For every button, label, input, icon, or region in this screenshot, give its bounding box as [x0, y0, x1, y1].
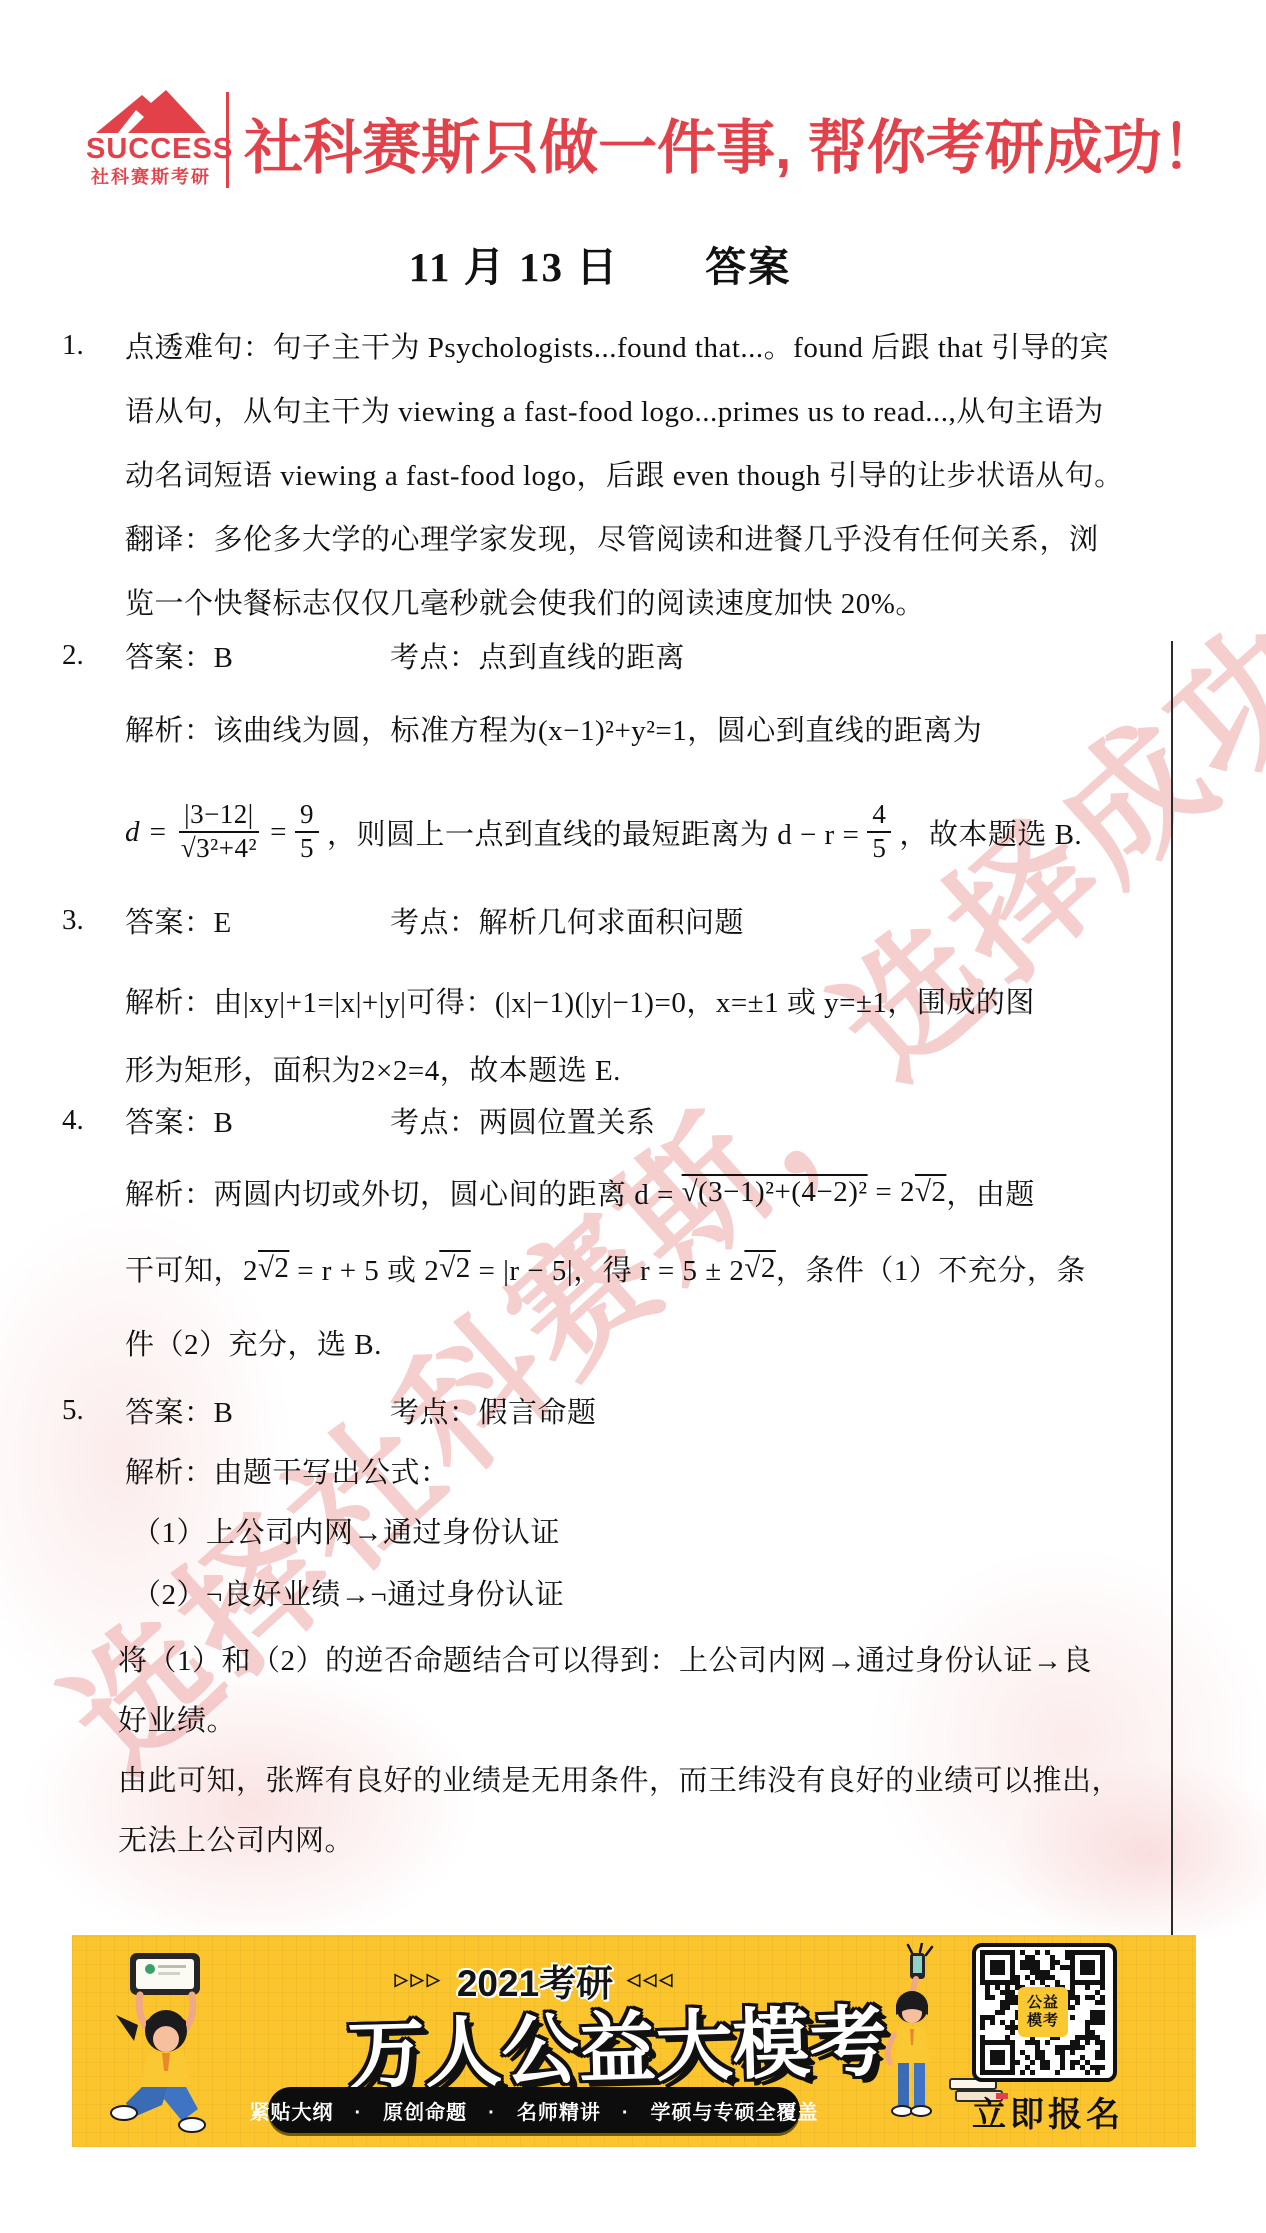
formula-text: 干可知，2: [125, 1248, 258, 1289]
watercolor-blob: [20, 1660, 480, 1950]
item1-line: 点透难句：句子主干为 Psychologists...found that...…: [125, 323, 1109, 367]
page-edge-rule: [1171, 641, 1173, 1935]
formula-text: ，故本题选 B.: [899, 812, 1082, 853]
item4-analysis: 干可知，2√2 = r + 5 或 2√2 = |r − 5|，得 r = 5 …: [125, 1246, 1086, 1290]
item5-line: 将（1）和（2）的逆否命题结合可以得到：上公司内网→通过身份认证→良: [118, 1636, 1092, 1680]
item3-analysis: 形为矩形，面积为2×2=4，故本题选 E.: [125, 1046, 621, 1090]
radical-expression: √2: [258, 1252, 289, 1285]
item2-formula: d = |3−12| √3²+4² = 9 5 ，则圆上一点到直线的最短距离为 …: [125, 787, 1082, 877]
radical-expression: √(3−1)²+(4−2)²: [682, 1176, 868, 1209]
promo-banner: ▷▷▷ 2021考研 ◁◁◁ 万人公益大模考 紧贴大纲 · 原创命题 · 名师精…: [72, 1935, 1196, 2147]
equals-sign: =: [270, 816, 287, 849]
page-title: 11 月 13 日 答案: [0, 234, 1200, 293]
item5-line: 无法上公司内网。: [118, 1816, 354, 1860]
item5-line: （1）上公司内网→通过身份认证: [132, 1508, 560, 1552]
item5-line: 解析：由题干写出公式：: [125, 1448, 450, 1492]
mountain-logo-icon: [92, 88, 210, 134]
banner-feature-pill: 紧贴大纲 · 原创命题 · 名师精讲 · 学硕与专硕全覆盖: [268, 2087, 800, 2133]
document-page: 选择社科赛斯，选择成功 SUCCESS 社科赛斯考研 社科赛斯只做一件事, 帮你…: [0, 0, 1266, 2233]
item4-number: 4.: [62, 1098, 112, 1142]
radical-expression: √2: [744, 1252, 775, 1285]
qr-label-line2: 模考: [1027, 2012, 1059, 2030]
item5-topic: 考点：假言命题: [390, 1390, 597, 1431]
item4-analysis: 件（2）充分，选 B.: [125, 1320, 382, 1364]
radical-expression: √2: [915, 1176, 946, 1209]
fraction: |3−12| √3²+4²: [176, 799, 262, 865]
fraction: 4 5: [867, 799, 891, 865]
logo-sub-text: 社科赛斯考研: [86, 167, 216, 188]
item2-topic: 考点：点到直线的距离: [390, 635, 685, 676]
fraction-denominator: √3²+4²: [176, 833, 262, 865]
item5-line: 好业绩。: [118, 1696, 236, 1740]
item1-line: 翻译：多伦多大学的心理学家发现，尽管阅读和进餐几乎没有任何关系，浏: [125, 515, 1099, 559]
item3-answer: 答案：E: [125, 900, 390, 941]
fraction-numerator: 4: [867, 799, 891, 833]
item1-number: 1.: [62, 323, 112, 367]
item1-line: 动名词短语 viewing a fast-food logo，后跟 even t…: [125, 451, 1124, 495]
arrows-right-icon: ▷▷▷: [395, 1970, 443, 1990]
qr-center-label: 公益 模考: [1018, 1987, 1068, 2037]
item4-topic: 考点：两圆位置关系: [390, 1100, 656, 1141]
item2-answer-row: 答案：B 考点：点到直线的距离: [125, 633, 685, 677]
item4-answer-row: 答案：B 考点：两圆位置关系: [125, 1098, 656, 1142]
item3-answer-row: 答案：E 考点：解析几何求面积问题: [125, 898, 744, 942]
item2-analysis: 解析：该曲线为圆，标准方程为(x−1)²+y²=1，圆心到直线的距离为: [125, 706, 982, 750]
success-logo: SUCCESS 社科赛斯考研: [86, 88, 216, 192]
math-d: d =: [125, 816, 168, 849]
fraction-denominator: 5: [295, 833, 319, 865]
item5-line: 由此可知，张辉有良好的业绩是无用条件，而王纬没有良好的业绩可以推出，: [118, 1756, 1121, 1800]
cta-button[interactable]: 立即报名: [968, 2087, 1128, 2136]
fraction-numerator: |3−12|: [179, 799, 259, 833]
watercolor-blob: [860, 1540, 1266, 1940]
logo-brand-text: SUCCESS: [86, 135, 216, 164]
radical-expression: √2: [439, 1252, 470, 1285]
header-divider: [226, 92, 229, 188]
item5-answer-row: 答案：B 考点：假言命题: [125, 1388, 597, 1432]
formula-text: = r + 5 或 2: [297, 1248, 439, 1289]
item1-line: 语从句，从句主干为 viewing a fast-food logo...pri…: [125, 387, 1104, 431]
header-slogan: 社科赛斯只做一件事, 帮你考研成功！: [244, 96, 1184, 188]
formula-text: ，则圆上一点到直线的最短距离为 d − r =: [327, 812, 859, 853]
qr-code[interactable]: 公益 模考: [972, 1943, 1117, 2082]
fraction: 9 5: [295, 799, 319, 865]
item4-analysis: 解析：两圆内切或外切，圆心间的距离 d = √(3−1)²+(4−2)² = 2…: [125, 1164, 1035, 1220]
item5-number: 5.: [62, 1388, 112, 1432]
item3-number: 3.: [62, 898, 112, 942]
item2-number: 2.: [62, 633, 112, 677]
item2-answer: 答案：B: [125, 635, 390, 676]
formula-text: ，由题: [946, 1172, 1035, 1213]
item5-answer: 答案：B: [125, 1390, 390, 1431]
formula-text: = 2: [875, 1176, 915, 1209]
item3-topic: 考点：解析几何求面积问题: [390, 900, 744, 941]
formula-text: ，条件（1）不充分，条: [776, 1248, 1086, 1289]
formula-text: = |r − 5|，得 r = 5 ± 2: [478, 1248, 744, 1289]
item5-line: （2）¬良好业绩→¬通过身份认证: [132, 1570, 564, 1614]
formula-text: 解析：两圆内切或外切，圆心间的距离 d =: [125, 1172, 674, 1213]
item4-answer: 答案：B: [125, 1100, 390, 1141]
fraction-denominator: 5: [867, 833, 891, 865]
item1-line: 览一个快餐标志仅仅几毫秒就会使我们的阅读速度加快 20%。: [125, 579, 925, 623]
fraction-numerator: 9: [295, 799, 319, 833]
qr-label-line1: 公益: [1027, 1994, 1059, 2012]
item3-analysis: 解析：由|xy|+1=|x|+|y|可得：(|x|−1)(|y|−1)=0，x=…: [125, 978, 1035, 1022]
